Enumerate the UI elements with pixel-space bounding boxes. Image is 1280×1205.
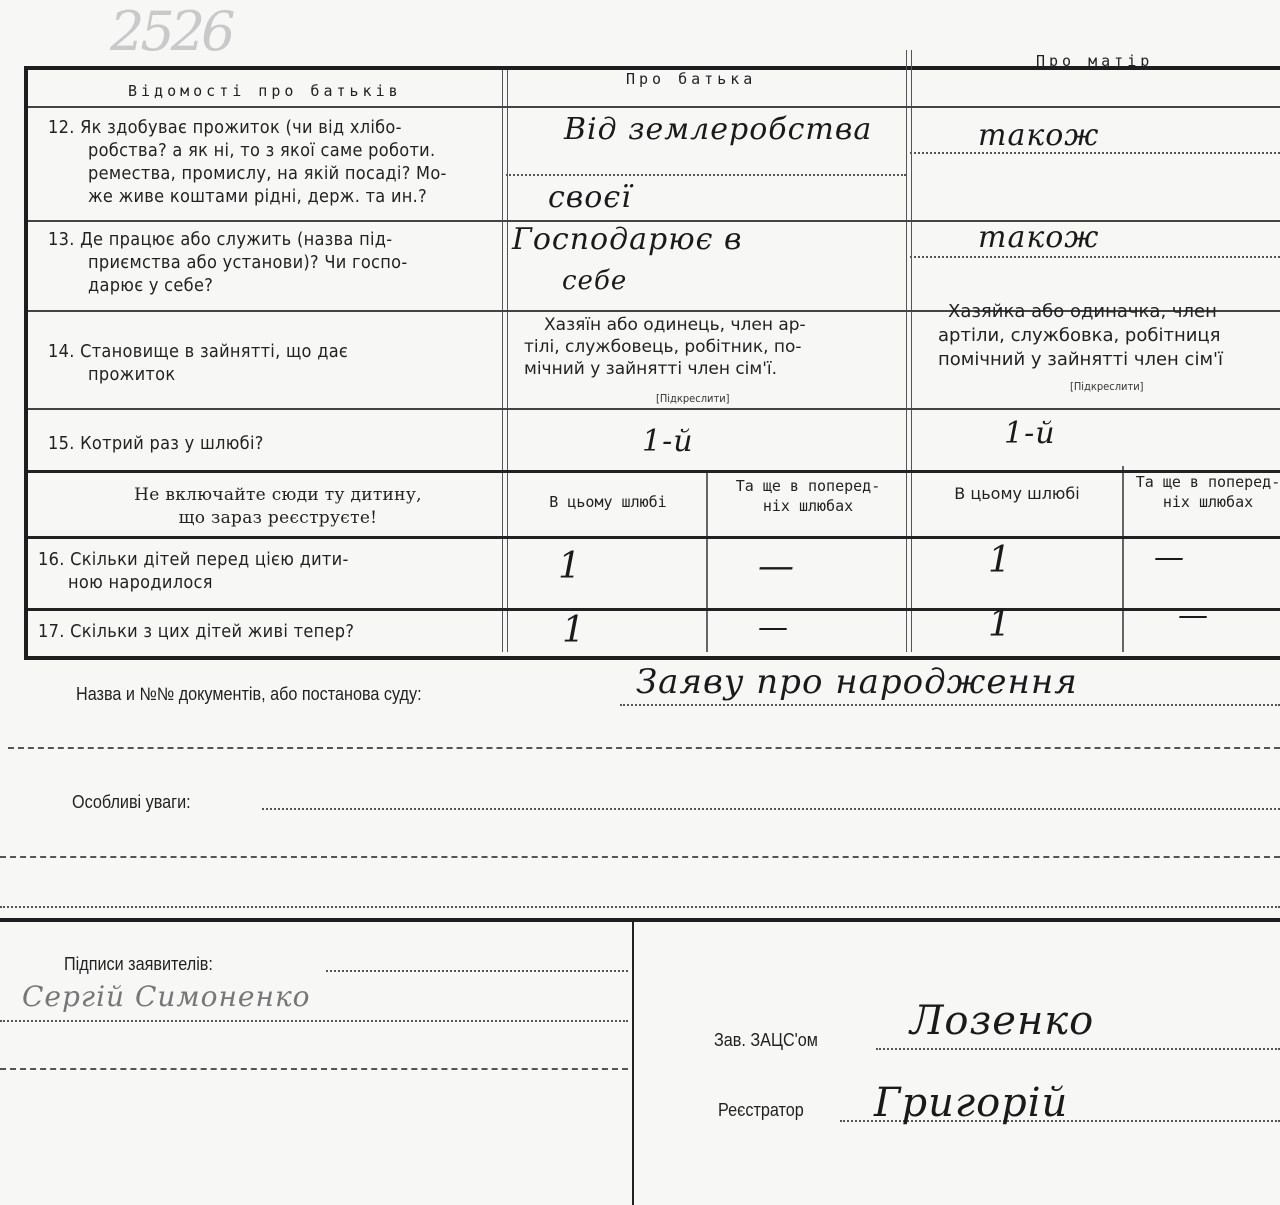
question-line: 12. Як здобуває прожиток (чи від хлібо- [48,116,447,139]
father-children-prev-16: — [758,546,795,587]
mother-children-this-17: 1 [988,604,1012,645]
applicants-signature-label: Підписи заявителів: [64,954,213,975]
note-line: Не включайте сюди ту дитину, [68,484,488,507]
row-divider [28,106,1280,108]
father-underline-note: [Підкреслити] [656,392,730,405]
mother-prev-marriages-header: Та ще в поперед- ніх шлюбах [1128,472,1280,512]
mother-column-header: Про матір [1036,52,1153,70]
father-this-marriage-header: В цьому шлюбі [510,492,706,512]
mother-children-this-16: 1 [988,540,1012,581]
mother-answer-15: 1-й [1004,416,1056,451]
question-15: 15. Котрий раз у шлюбі? [48,432,264,455]
documents-line-2 [8,747,1280,749]
father-answer-13-cont: себе [562,266,627,296]
question-17: 17. Скільки з цих дітей живі тепер? [38,620,354,643]
documents-line [620,704,1280,706]
father-children-this-16: 1 [558,546,582,587]
option-line: артіли, службовка, робітниця [938,324,1280,348]
registrar-signature: Григорій [874,1080,1068,1126]
registrar-signature-label: Реєстратор [718,1100,804,1121]
answer-line [910,256,1280,258]
father-answer-12-cont: своєї [548,180,632,215]
signature-divider [632,922,634,1205]
question-line: робства? а як ні, то з якої саме роботи. [48,139,447,162]
father-answer-13: Господарює в [512,222,742,257]
row-divider [28,608,1280,611]
question-line: же живе коштами рідні, держ. та ин.? [48,185,447,208]
question-line: приємства або установи)? Чи госпо- [48,251,407,274]
applicant-signature: Сергій Симоненко [22,980,311,1013]
father-children-prev-17: — [758,610,789,645]
header-line: ніх шлюбах [1128,492,1280,512]
option-line: Хазяїн або одинець, член ар- [524,314,888,336]
column-divider [1122,466,1124,652]
section-divider [0,918,1280,922]
column-divider [706,472,708,652]
mother-answer-12: також [978,118,1099,153]
father-column-header: Про батька [626,70,756,88]
section-title: Відомості про батьків [128,82,402,100]
mother-children-prev-17: — [1178,598,1209,633]
column-divider [502,70,508,652]
mother-employment-options: Хазяйка або одиначка, член артіли, служб… [938,300,1280,372]
question-13: 13. Де працює або служить (назва під- пр… [48,228,407,297]
question-line: 14. Становище в зайнятті, що дає [48,340,348,363]
mother-underline-note: [Підкреслити] [1070,380,1144,393]
documents-label: Назва и №№ документів, або постанова суд… [76,684,422,705]
option-line: тілі, службовець, робітник, по- [524,336,888,358]
answer-line [506,174,906,176]
header-line: ніх шлюбах [710,496,906,516]
question-line: ною народилося [38,571,349,594]
option-line: помічний у зайнятті член сім'ї [938,348,1280,372]
remarks-line-3 [0,906,1280,908]
row-divider [28,408,1280,410]
father-prev-marriages-header: Та ще в поперед- ніх шлюбах [710,476,906,516]
question-line: ремества, промислу, на якій посаді? Мо- [48,162,447,185]
documents-value: Заяву про народження [636,662,1078,702]
question-12: 12. Як здобуває прожиток (чи від хлібо- … [48,116,447,208]
question-line: 16. Скільки дітей перед цією дити- [38,548,349,571]
father-children-this-17: 1 [562,610,586,651]
head-line [876,1048,1280,1050]
row-divider [28,470,1280,473]
parents-info-table: Відомості про батьків Про батька Про мат… [24,66,1280,660]
header-line: Та ще в поперед- [710,476,906,496]
note-line: що зараз реєструєте! [68,507,488,530]
father-answer-12: Від землеробства [564,112,872,147]
remarks-label: Особливі уваги: [72,792,191,813]
column-divider [906,50,912,652]
question-line: дарює у себе? [48,274,407,297]
mother-answer-13: також [978,220,1099,255]
option-line: Хазяйка або одиначка, член [938,300,1280,324]
remarks-line-2 [0,856,1280,858]
father-answer-15: 1-й [642,424,694,459]
question-14: 14. Становище в зайнятті, що дає прожито… [48,340,348,386]
head-signature-label: Зав. ЗАЦС'ом [714,1030,818,1051]
question-line: прожиток [48,363,348,386]
children-note: Не включайте сюди ту дитину, що зараз ре… [68,484,488,530]
applicants-line-2 [0,1020,628,1022]
row-divider [28,536,1280,539]
applicants-line-3 [0,1068,628,1070]
father-employment-options: Хазяїн або одинець, член ар- тілі, служб… [524,314,888,380]
archive-number: 2526 [110,0,231,63]
question-line: 13. Де працює або служить (назва під- [48,228,407,251]
option-line: мічний у зайнятті член сім'ї. [524,358,888,380]
question-16: 16. Скільки дітей перед цією дити- ною н… [38,548,349,594]
mother-children-prev-16: — [1154,540,1185,575]
head-signature: Лозенко [910,998,1094,1044]
remarks-line [262,808,1280,810]
mother-this-marriage-header: В цьому шлюбі [912,484,1122,504]
header-line: Та ще в поперед- [1128,472,1280,492]
applicants-line [326,970,628,972]
